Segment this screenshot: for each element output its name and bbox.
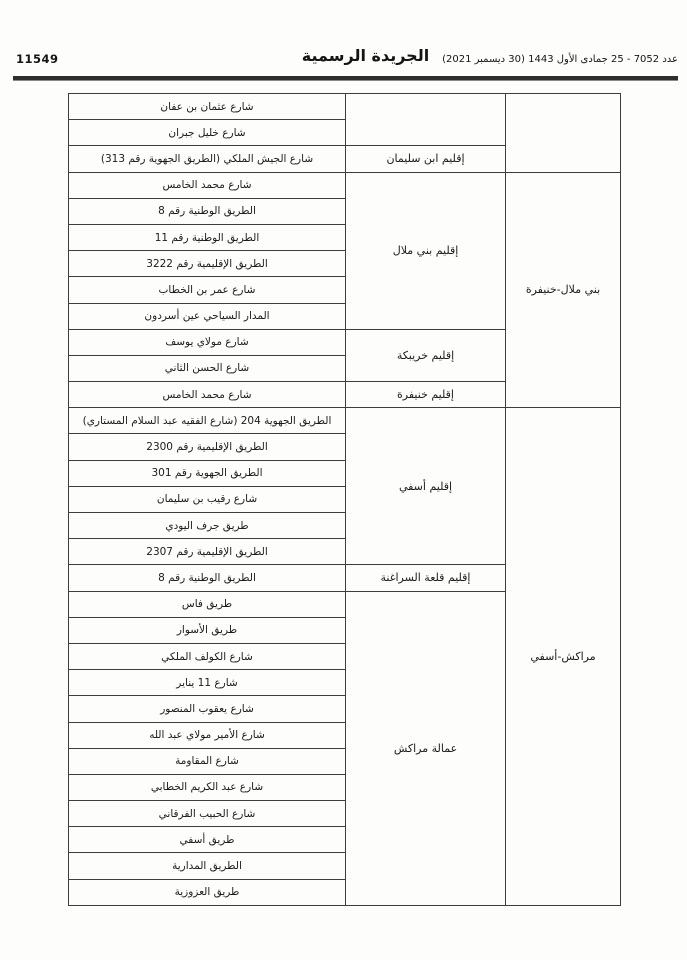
street-cell: شارع 11 يناير	[69, 670, 346, 696]
province-cell: إقليم خنيفرة	[346, 382, 506, 408]
header-rule	[13, 76, 678, 81]
street-cell: الطريق الجهوية 204 (شارع الفقيه عبد السل…	[69, 408, 346, 434]
table-row: بني ملال-خنيفرة إقليم بني ملال شارع محمد…	[69, 172, 621, 198]
street-cell: شارع الجيش الملكي (الطريق الجهوية رقم 31…	[69, 146, 346, 172]
street-cell: شارع عثمان بن عفان	[69, 94, 346, 120]
street-cell: شارع خليل جبران	[69, 120, 346, 146]
street-cell: طريق جرف اليودي	[69, 513, 346, 539]
gazette-page: 11549 الجريدة الرسمية عدد 7052 - 25 جماد…	[0, 0, 687, 960]
page-number: 11549	[16, 52, 59, 66]
street-cell: الطريق الجهوية رقم 301	[69, 460, 346, 486]
street-cell: الطريق الوطنية رقم 8	[69, 198, 346, 224]
street-cell: شارع عبد الكريم الخطابي	[69, 774, 346, 800]
province-cell	[346, 94, 506, 146]
street-cell: شارع محمد الخامس	[69, 382, 346, 408]
issue-info: عدد 7052 - 25 جمادى الأول 1443 (30 ديسمب…	[442, 54, 678, 65]
street-cell: طريق العزوزية	[69, 879, 346, 905]
street-cell: طريق أسفي	[69, 827, 346, 853]
street-cell: شارع محمد الخامس	[69, 172, 346, 198]
region-cell: بني ملال-خنيفرة	[506, 172, 621, 408]
region-cell: مراكش-أسفي	[506, 408, 621, 906]
street-cell: شارع الأمير مولاي عبد الله	[69, 722, 346, 748]
street-cell: المدار السياحي عين أسردون	[69, 303, 346, 329]
street-cell: طريق الأسوار	[69, 617, 346, 643]
street-cell: شارع الحسن الثاني	[69, 355, 346, 381]
street-cell: شارع عمر بن الخطاب	[69, 277, 346, 303]
province-cell: إقليم بني ملال	[346, 172, 506, 329]
street-cell: الطريق الإقليمية رقم 3222	[69, 251, 346, 277]
table-row: شارع عثمان بن عفان	[69, 94, 621, 120]
street-cell: شارع يعقوب المنصور	[69, 696, 346, 722]
page-title: الجريدة الرسمية	[268, 46, 463, 65]
region-cell	[506, 94, 621, 173]
province-cell: إقليم قلعة السراغنة	[346, 565, 506, 591]
province-cell: إقليم خريبكة	[346, 329, 506, 381]
street-cell: شارع رقيب بن سليمان	[69, 486, 346, 512]
street-cell: الطريق الوطنية رقم 8	[69, 565, 346, 591]
province-cell: إقليم ابن سليمان	[346, 146, 506, 172]
street-cell: الطريق الإقليمية رقم 2307	[69, 539, 346, 565]
street-cell: الطريق المدارية	[69, 853, 346, 879]
roads-table: شارع عثمان بن عفان شارع خليل جبران إقليم…	[68, 93, 621, 906]
street-cell: الطريق الإقليمية رقم 2300	[69, 434, 346, 460]
street-cell: الطريق الوطنية رقم 11	[69, 224, 346, 250]
province-cell: إقليم أسفي	[346, 408, 506, 565]
street-cell: طريق فاس	[69, 591, 346, 617]
street-cell: شارع المقاومة	[69, 748, 346, 774]
table-row: مراكش-أسفي إقليم أسفي الطريق الجهوية 204…	[69, 408, 621, 434]
street-cell: شارع الحبيب الفرقاني	[69, 801, 346, 827]
province-cell: عمالة مراكش	[346, 591, 506, 905]
street-cell: شارع الكولف الملكي	[69, 643, 346, 669]
street-cell: شارع مولاي يوسف	[69, 329, 346, 355]
